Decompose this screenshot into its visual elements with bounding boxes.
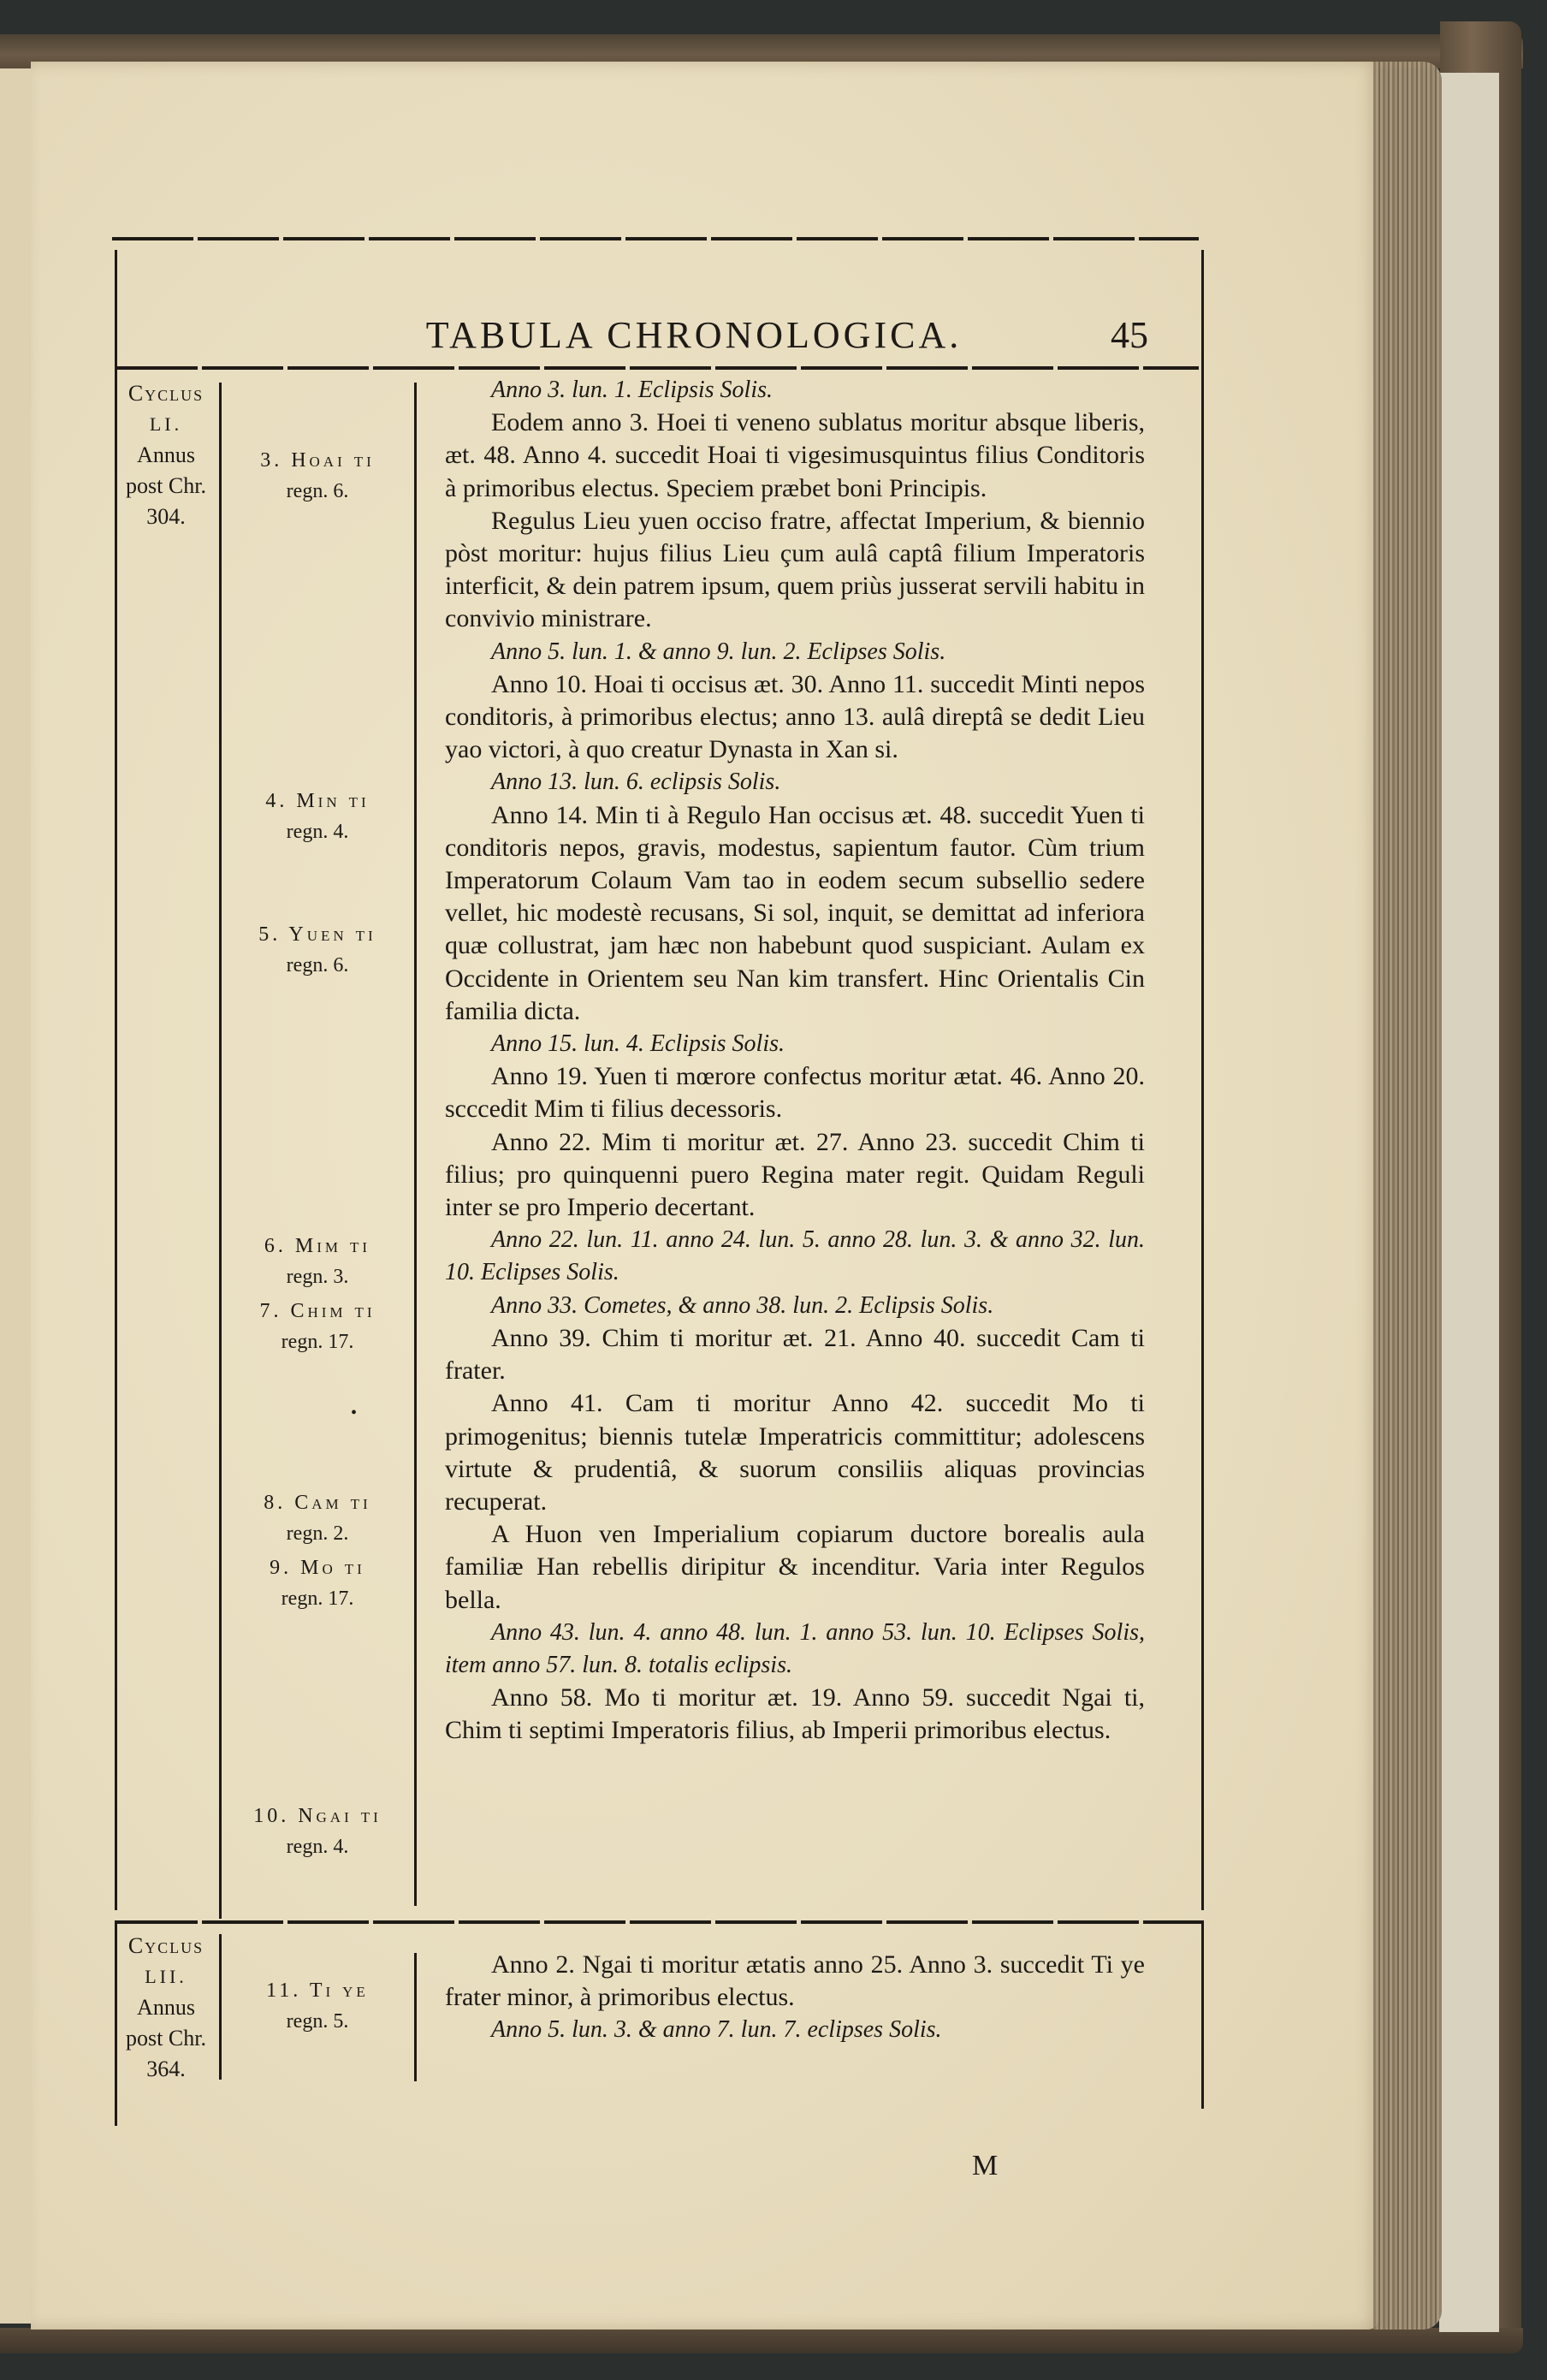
chronicle-paragraph: Anno 41. Cam ti moritur Anno 42. succedi…: [445, 1387, 1145, 1518]
section-divider-rule: [116, 1920, 1201, 1924]
cyclus-column-divider: [219, 383, 222, 1919]
emperor-name: 4. Min ti: [236, 786, 399, 816]
chronicle-paragraph: Anno 39. Chim ti moritur æt. 21. Anno 40…: [445, 1322, 1145, 1387]
emperor-reign: regn. 6.: [236, 476, 399, 507]
emperor-reign: regn. 4.: [236, 816, 399, 847]
emperor-entry: 7. Chim ti regn. 17.: [236, 1296, 399, 1357]
emperor-name: 5. Yuen ti: [236, 919, 399, 950]
emperor-entry: 3. Hoai ti regn. 6.: [236, 445, 399, 507]
chronicle-paragraph: Eodem anno 3. Hoei ti veneno sublatus mo…: [445, 407, 1145, 505]
emperor-entry: 8. Cam ti regn. 2.: [236, 1487, 399, 1549]
emperor-reign: regn. 2.: [236, 1518, 399, 1549]
eclipse-note: Anno 5. lun. 1. & anno 9. lun. 2. Eclips…: [445, 636, 1145, 668]
emperor-entry: 10. Ngai ti regn. 4.: [236, 1801, 399, 1862]
frame-right-line: [1201, 250, 1204, 1910]
eclipse-note: Anno 43. lun. 4. anno 48. lun. 1. anno 5…: [445, 1617, 1145, 1682]
emperor-name: 3. Hoai ti: [236, 445, 399, 476]
cyclus-post: post Chr.: [123, 2023, 209, 2054]
emperor-reign: regn. 5.: [236, 2006, 399, 2037]
emperor-name: 8. Cam ti: [236, 1487, 399, 1518]
emperor-name: 9. Mo ti: [236, 1552, 399, 1583]
chronicle-paragraph: Anno 14. Min ti à Regulo Han occisus æt.…: [445, 799, 1145, 1028]
text-column-divider: [414, 383, 417, 1906]
cyclus-year: 364.: [123, 2054, 209, 2085]
eclipse-note: Anno 33. Cometes, & anno 38. lun. 2. Ecl…: [445, 1290, 1145, 1322]
frame-left-line: [115, 250, 117, 1910]
chronicle-paragraph: Anno 19. Yuen ti mœrore confectus moritu…: [445, 1060, 1145, 1125]
frame-left-line-2: [115, 1920, 117, 2126]
header-top-rule: [112, 237, 1199, 240]
chronicle-paragraph: Regulus Lieu yuen occiso fratre, affecta…: [445, 505, 1145, 636]
emperor-reign: regn. 17.: [236, 1583, 399, 1614]
eclipse-note: Anno 13. lun. 6. eclipsis Solis.: [445, 766, 1145, 798]
cyclus-word: Cyclus: [123, 378, 209, 409]
emperor-entry: 11. Ti ye regn. 5.: [236, 1975, 399, 2037]
emperor-name: 11. Ti ye: [236, 1975, 399, 2006]
signature-mark: M: [972, 2150, 998, 2182]
eclipse-note: Anno 5. lun. 3. & anno 7. lun. 7. eclips…: [445, 2014, 1145, 2046]
cyclus-year: 304.: [123, 502, 209, 532]
emperor-entry: 9. Mo ti regn. 17.: [236, 1552, 399, 1614]
book-binding-bottom: [0, 2328, 1523, 2353]
emperor-name: 7. Chim ti: [236, 1296, 399, 1327]
chronicle-paragraph: Anno 2. Ngai ti moritur ætatis anno 25. …: [445, 1949, 1145, 2014]
emperor-entry: 5. Yuen ti regn. 6.: [236, 919, 399, 981]
book-page: TABULA CHRONOLOGICA. 45 Cyclus LI. Annus…: [31, 62, 1378, 2330]
chronicle-paragraph: Anno 10. Hoai ti occisus æt. 30. Anno 11…: [445, 668, 1145, 767]
cyclus-label-51: Cyclus LI. Annus post Chr. 304.: [123, 378, 209, 532]
eclipse-note: Anno 15. lun. 4. Eclipsis Solis.: [445, 1028, 1145, 1060]
cyclus-label-52: Cyclus LII. Annus post Chr. 364.: [123, 1931, 209, 2085]
left-page-edge: [0, 68, 33, 2324]
emperor-reign: regn. 6.: [236, 950, 399, 981]
cyclus-number: LI.: [123, 409, 209, 440]
emperor-entry: 4. Min ti regn. 4.: [236, 786, 399, 847]
eclipse-note: Anno 3. lun. 1. Eclipsis Solis.: [445, 374, 1145, 407]
emperor-reign: regn. 17.: [236, 1327, 399, 1357]
endpaper: [1439, 73, 1499, 2332]
emperor-reign: regn. 4.: [236, 1831, 399, 1862]
cyclus-column-divider-2: [219, 1934, 222, 2080]
stray-mark: •: [351, 1404, 357, 1423]
page-number: 45: [1111, 313, 1148, 357]
emperor-reign: regn. 3.: [236, 1261, 399, 1292]
emperor-entry: 6. Mim ti regn. 3.: [236, 1231, 399, 1292]
cyclus-word: Cyclus: [123, 1931, 209, 1962]
header-bottom-rule: [116, 366, 1199, 370]
cyclus-annus: Annus: [123, 440, 209, 471]
emperor-name: 10. Ngai ti: [236, 1801, 399, 1831]
chronicle-text-section-1: Anno 3. lun. 1. Eclipsis Solis. Eodem an…: [445, 374, 1145, 1748]
chronicle-paragraph: A Huon ven Imperialium copiarum ductore …: [445, 1518, 1145, 1617]
cyclus-post: post Chr.: [123, 471, 209, 502]
frame-right-line-2: [1201, 1920, 1204, 2109]
eclipse-note: Anno 22. lun. 11. anno 24. lun. 5. anno …: [445, 1224, 1145, 1289]
running-title: TABULA CHRONOLOGICA.: [339, 313, 1049, 357]
text-column-divider-2: [414, 1953, 417, 2081]
fore-edge: [1373, 62, 1442, 2330]
cyclus-number: LII.: [123, 1962, 209, 1992]
chronicle-paragraph: Anno 58. Mo ti moritur æt. 19. Anno 59. …: [445, 1682, 1145, 1747]
chronicle-text-section-2: Anno 2. Ngai ti moritur ætatis anno 25. …: [445, 1949, 1145, 2047]
emperor-name: 6. Mim ti: [236, 1231, 399, 1261]
cyclus-annus: Annus: [123, 1992, 209, 2023]
chronicle-paragraph: Anno 22. Mim ti moritur æt. 27. Anno 23.…: [445, 1126, 1145, 1225]
